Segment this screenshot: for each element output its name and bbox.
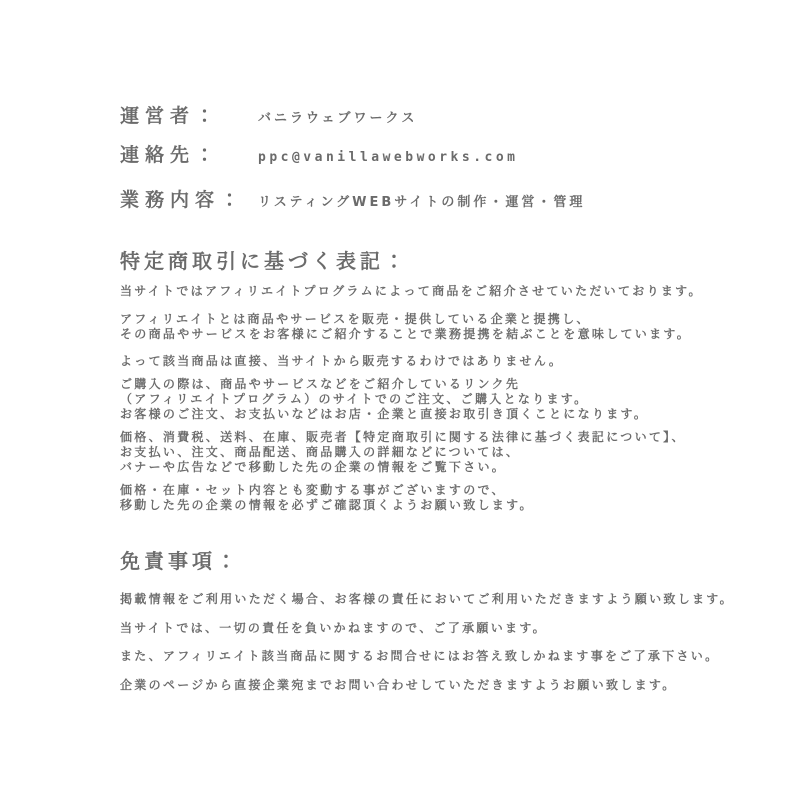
text-line: お支払い、注文、商品配送、商品購入の詳細などについては、 bbox=[120, 445, 686, 460]
legal-notice-page: 運営者： バニラウェブワークス 連絡先： ppc@vanillawebworks… bbox=[0, 0, 810, 800]
sct-paragraph-3: よって該当商品は直接、当サイトから販売するわけではありません。 bbox=[120, 354, 563, 369]
contact-email: ppc@vanillawebworks.com bbox=[258, 150, 519, 165]
sct-paragraph-6: 価格・在庫・セット内容とも変動する事がございますので、 移動した先の企業の情報を… bbox=[120, 483, 534, 513]
sct-paragraph-4: ご購入の際は、商品やサービスなどをご紹介しているリンク先 （アフィリエイトプログ… bbox=[120, 377, 648, 422]
text-line: 掲載情報をご利用いただく場合、お客様の責任においてご利用いただきますよう願い致し… bbox=[120, 592, 734, 607]
contact-label: 連絡先： bbox=[120, 140, 258, 167]
business-label: 業務内容： bbox=[120, 185, 258, 212]
text-line: 価格、消費税、送料、在庫、販売者【特定商取引に関する法律に基づく表記について】、 bbox=[120, 430, 686, 445]
disclaimer-paragraph-3: また、アフィリエイト該当商品に関するお問合せにはお答え致しかねます事をご了承下さ… bbox=[120, 649, 719, 664]
disclaimer-paragraph-1: 掲載情報をご利用いただく場合、お客様の責任においてご利用いただきますよう願い致し… bbox=[120, 592, 734, 607]
operator-value: バニラウェブワークス bbox=[258, 107, 417, 126]
text-line: その商品やサービスをお客様にご紹介することで業務提携を結ぶことを意味しています。 bbox=[120, 327, 691, 342]
disclaimer-paragraph-2: 当サイトでは、一切の責任を負いかねますので、ご了承願います。 bbox=[120, 621, 547, 636]
text-line: アフィリエイトとは商品やサービスを販売・提供している企業と提携し、 bbox=[120, 312, 691, 327]
text-line: お客様のご注文、お支払いなどはお店・企業と直接お取引き頂くことになります。 bbox=[120, 407, 648, 422]
disclaimer-heading: 免責事項： bbox=[120, 545, 240, 574]
operator-row: 運営者： バニラウェブワークス bbox=[120, 101, 417, 128]
sct-paragraph-1: 当サイトではアフィリエイトプログラムによって商品をご紹介させていただいております… bbox=[120, 284, 703, 299]
text-line: 企業のページから直接企業宛までお問い合わせしていただきますようお願い致します。 bbox=[120, 678, 677, 693]
text-line: 当サイトでは、一切の責任を負いかねますので、ご了承願います。 bbox=[120, 621, 547, 636]
text-line: バナーや広告などで移動した先の企業の情報をご覧下さい。 bbox=[120, 460, 686, 475]
text-line: （アフィリエイトプログラム）のサイトでのご注文、ご購入となります。 bbox=[120, 392, 648, 407]
disclaimer-paragraph-4: 企業のページから直接企業宛までお問い合わせしていただきますようお願い致します。 bbox=[120, 678, 677, 693]
sct-paragraph-5: 価格、消費税、送料、在庫、販売者【特定商取引に関する法律に基づく表記について】、… bbox=[120, 430, 686, 475]
business-value: リスティングWEBサイトの制作・運営・管理 bbox=[258, 191, 585, 210]
text-line: ご購入の際は、商品やサービスなどをご紹介しているリンク先 bbox=[120, 377, 648, 392]
contact-row: 連絡先： ppc@vanillawebworks.com bbox=[120, 140, 519, 167]
text-line: また、アフィリエイト該当商品に関するお問合せにはお答え致しかねます事をご了承下さ… bbox=[120, 649, 719, 664]
text-line: 移動した先の企業の情報を必ずご確認頂くようお願い致します。 bbox=[120, 498, 534, 513]
operator-label: 運営者： bbox=[120, 101, 258, 128]
sct-paragraph-2: アフィリエイトとは商品やサービスを販売・提供している企業と提携し、 その商品やサ… bbox=[120, 312, 691, 342]
business-row: 業務内容： リスティングWEBサイトの制作・運営・管理 bbox=[120, 185, 585, 212]
sct-heading: 特定商取引に基づく表記： bbox=[120, 245, 408, 274]
text-line: よって該当商品は直接、当サイトから販売するわけではありません。 bbox=[120, 354, 563, 369]
text-line: 価格・在庫・セット内容とも変動する事がございますので、 bbox=[120, 483, 534, 498]
text-line: 当サイトではアフィリエイトプログラムによって商品をご紹介させていただいております… bbox=[120, 284, 703, 299]
